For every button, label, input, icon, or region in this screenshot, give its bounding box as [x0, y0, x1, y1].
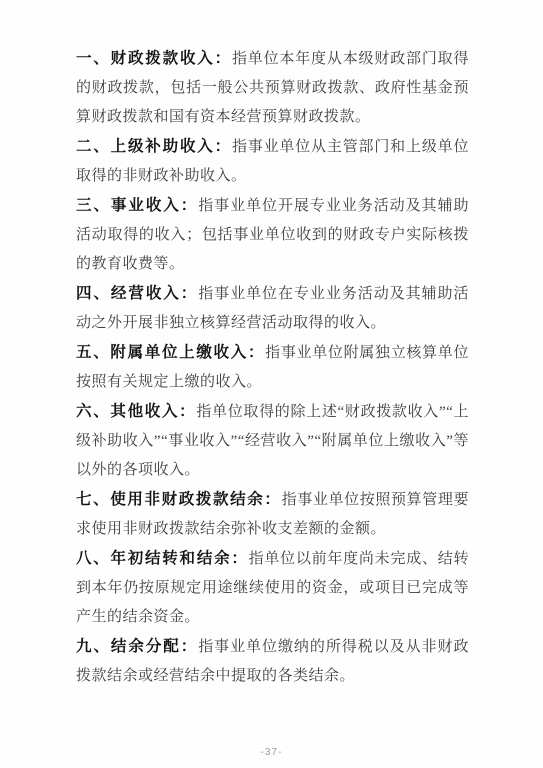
- definition-paragraph-4: 四、经营收入：指事业单位在专业业务活动及其辅助活动之外开展非独立核算经营活动取得…: [76, 279, 469, 338]
- term-heading: 六、其他收入：: [76, 403, 196, 420]
- page-number: -37-: [0, 747, 543, 758]
- definition-paragraph-8: 八、年初结转和结余：指单位以前年度尚未完成、结转到本年仍按原规定用途继续使用的资…: [76, 544, 469, 632]
- definition-paragraph-3: 三、事业收入：指事业单位开展专业业务活动及其辅助活动取得的收入；包括事业单位收到…: [76, 191, 469, 279]
- term-heading: 一、财政拨款收入：: [76, 50, 232, 67]
- document-page: 一、财政拨款收入：指单位本年度从本级财政部门取得的财政拨款，包括一般公共预算财政…: [0, 0, 543, 768]
- document-body: 一、财政拨款收入：指单位本年度从本级财政部门取得的财政拨款，包括一般公共预算财政…: [76, 44, 469, 691]
- definition-paragraph-5: 五、附属单位上缴收入：指事业单位附属独立核算单位按照有关规定上缴的收入。: [76, 338, 469, 397]
- term-heading: 八、年初结转和结余：: [76, 550, 249, 567]
- definition-paragraph-2: 二、上级补助收入：指事业单位从主管部门和上级单位取得的非财政补助收入。: [76, 132, 469, 191]
- definition-paragraph-6: 六、其他收入：指单位取得的除上述“财政拨款收入”“上级补助收入”“事业收入”“经…: [76, 397, 469, 485]
- definition-paragraph-9: 九、结余分配：指事业单位缴纳的所得税以及从非财政拨款结余或经营结余中提取的各类结…: [76, 632, 469, 691]
- definition-paragraph-1: 一、财政拨款收入：指单位本年度从本级财政部门取得的财政拨款，包括一般公共预算财政…: [76, 44, 469, 132]
- term-heading: 四、经营收入：: [76, 285, 198, 302]
- definition-paragraph-7: 七、使用非财政拨款结余：指事业单位按照预算管理要求使用非财政拨款结余弥补收支差额…: [76, 485, 469, 544]
- term-heading: 九、结余分配：: [76, 638, 198, 655]
- term-heading: 五、附属单位上缴收入：: [76, 344, 265, 361]
- term-heading: 二、上级补助收入：: [76, 138, 232, 155]
- term-heading: 三、事业收入：: [76, 197, 198, 214]
- term-heading: 七、使用非财政拨款结余：: [76, 491, 282, 508]
